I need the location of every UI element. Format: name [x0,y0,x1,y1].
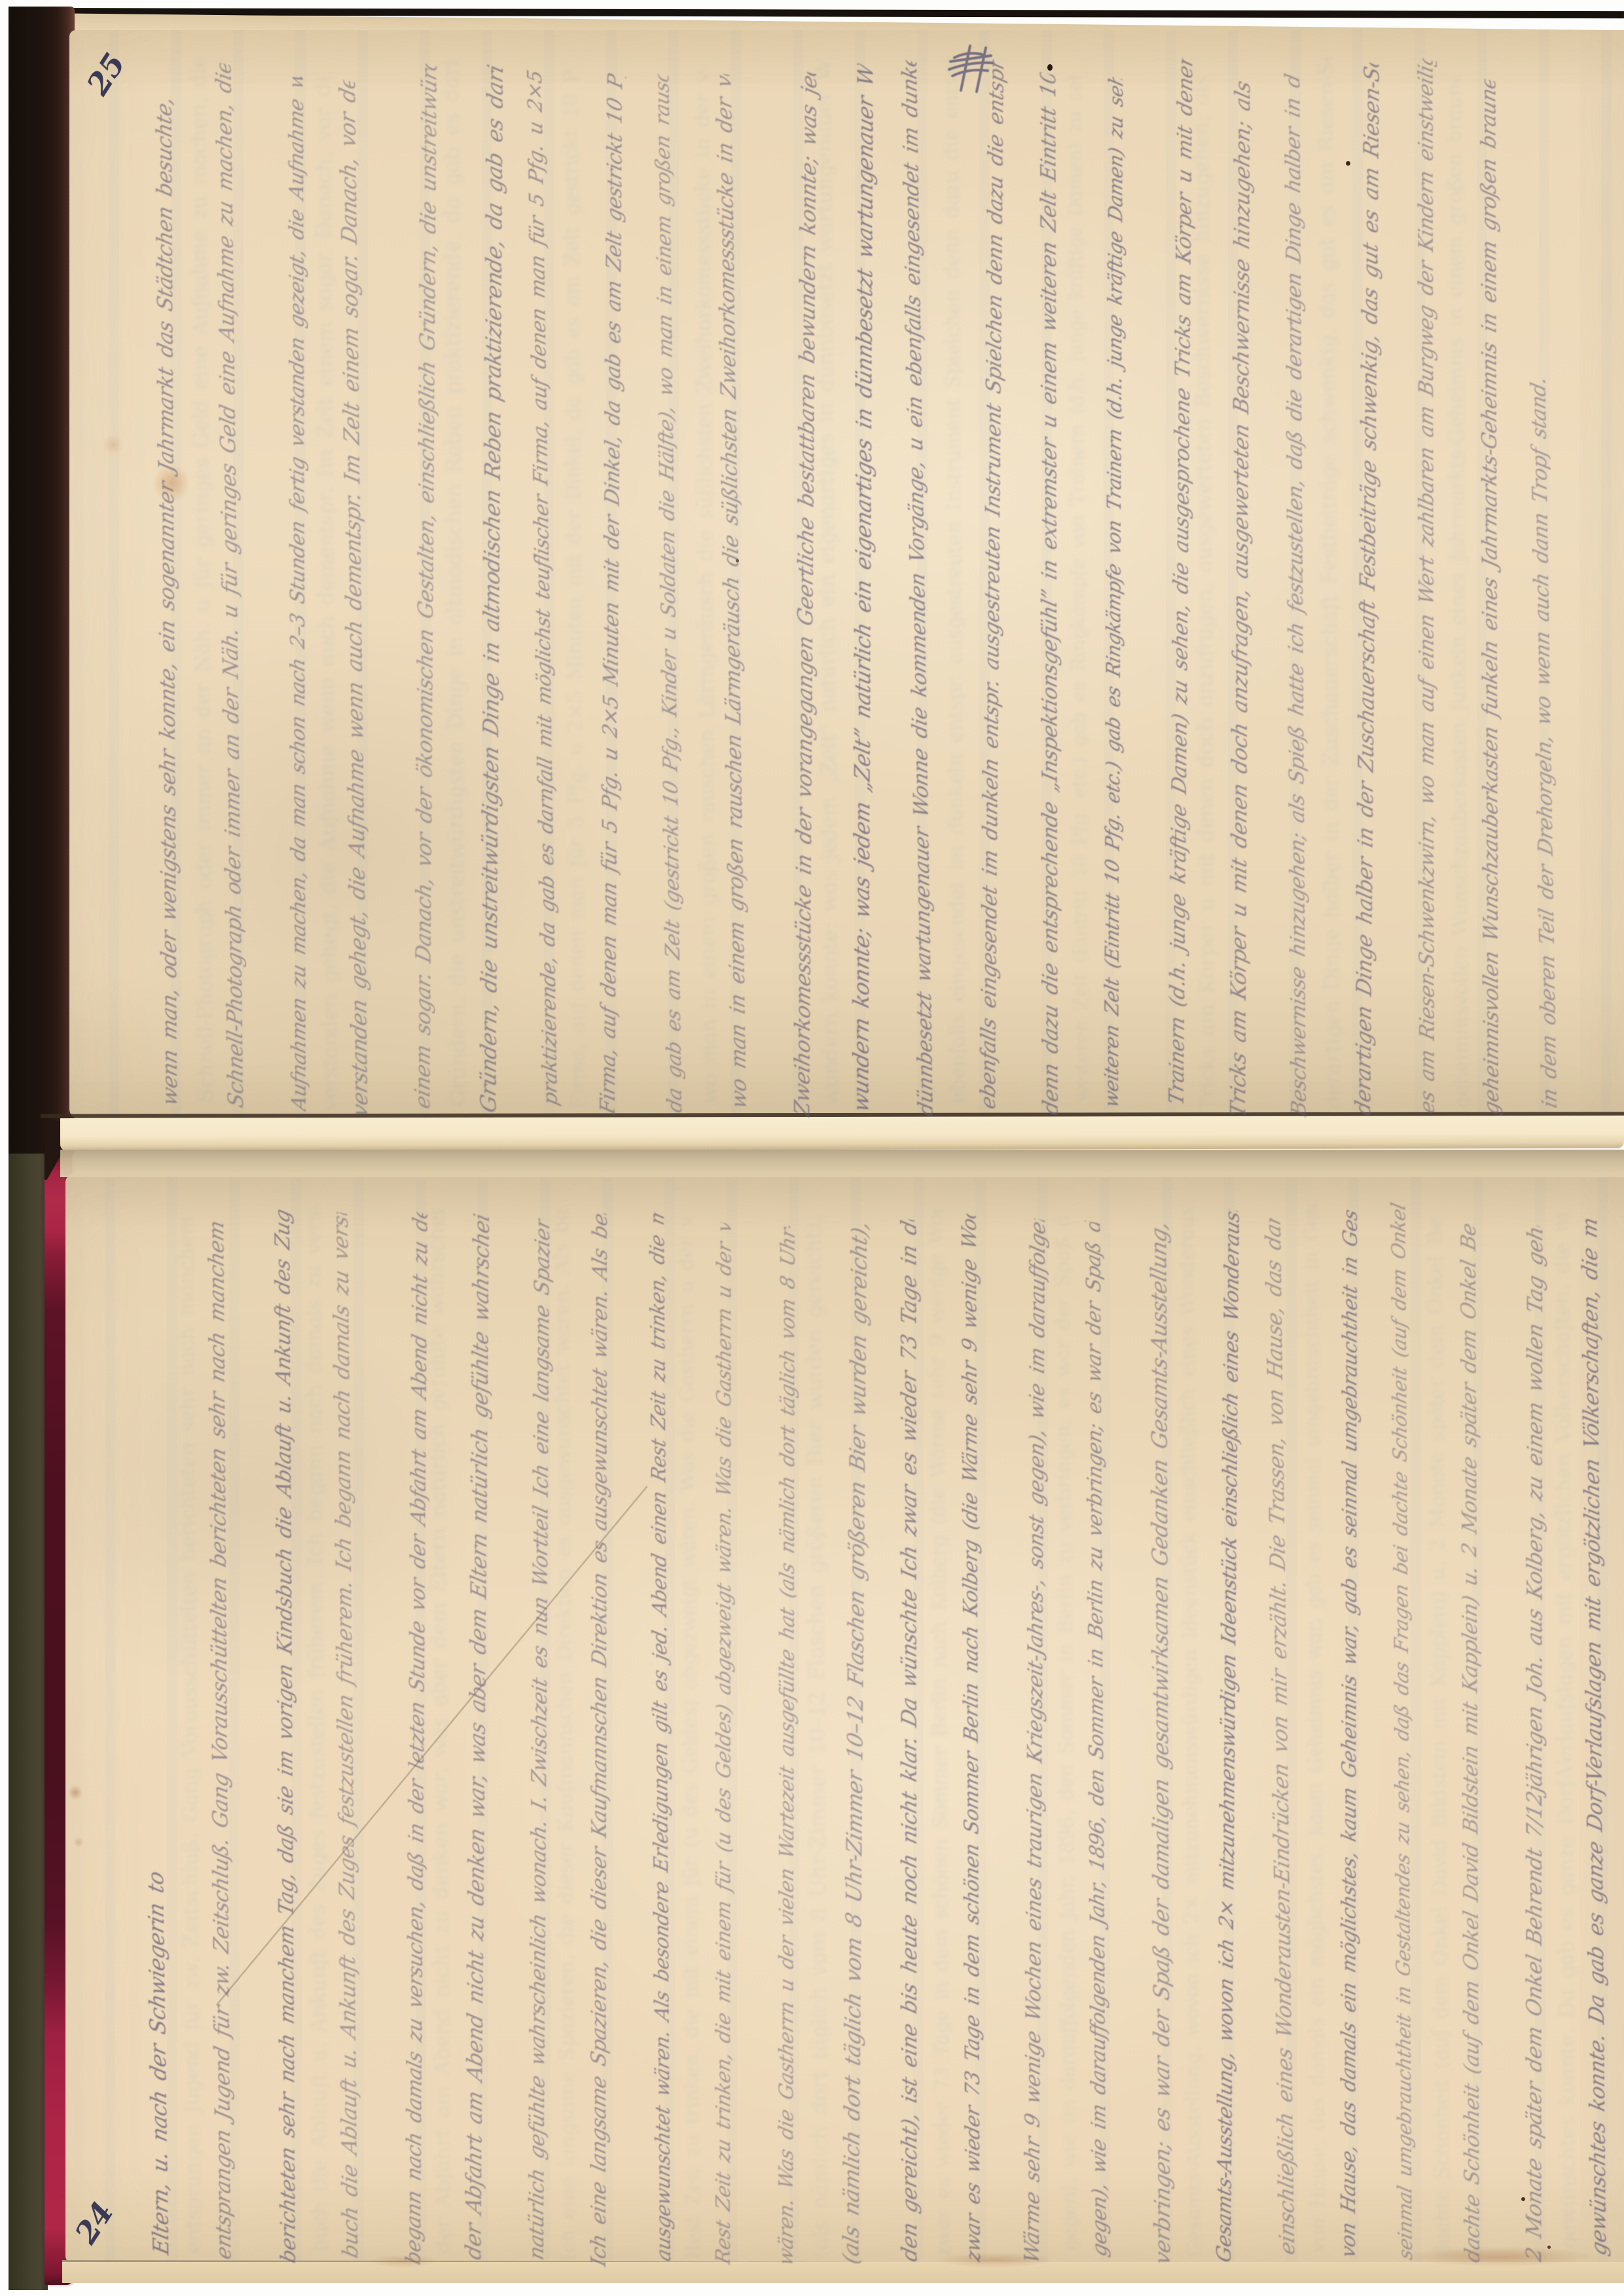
handwriting-line: Beschwernisse hinzugehen; als Spieß hatt… [1281,71,1318,1121]
handwriting-line: dachte Schönheit (auf dem Onkel David Bi… [1457,1222,1491,2267]
handwriting-line: von Hause, das damals ein möglichstes, k… [1337,1208,1369,2261]
speck [1047,64,1053,71]
handwriting-line: wundern konnte; was jedem „Zelt” natürli… [848,62,883,1116]
handwriting-line: Ich eine langsame Spazieren, die dieser … [587,1210,619,2270]
handwriting-line: geheimnisvollen Wunschzauberkasten funke… [1477,78,1509,1119]
handwriting-line: wenn man, oder wenigstens sehr konnte, e… [152,85,188,1109]
handwriting-line: 2 Monate später dem Onkel Behrendt 7/12j… [1521,1222,1553,2265]
speck [1346,161,1350,166]
gutter-fold [60,1116,1624,1151]
handwriting-line: Rest Zeit zu trinken, die mit einem für … [712,1220,744,2269]
handwriting-line: verbringen; es war der Spaß der damalige… [1146,1216,1180,2269]
handwriting-line: zwar es wieder 73 Tage in dem schönen So… [958,1212,992,2265]
handwriting-line: seinmal umgebrauchtheit in Gestaltendes … [1387,1200,1424,2263]
handwriting-line: Wärme sehr 9 wenige Wochen eines traurig… [1020,1216,1056,2267]
page-edge-band [62,2262,1624,2283]
handwriting-line: Tricks am Körper u mit denen doch anzufr… [1225,67,1260,1121]
handwriting-line: Eltern, u. nach der Schwiegerin tout cou… [143,1869,179,2258]
handwriting-line: es am Riesen-Schwenkzwirn, wo man auf ei… [1415,56,1446,1118]
scanned-book-spread: 25 24 wenn man, oder wenigstens sehr kon… [0,0,1624,2296]
book-cover-dark-edge [9,7,75,1157]
gutter-shadow [60,1150,1624,1177]
handwriting-line: den gereicht), ist eine bis heute noch n… [896,1216,927,2265]
book-cover-olive-edge [9,1154,48,2290]
handwriting-line: weiteren Zelt (Eintritt 10 Pfg. etc.) ga… [1100,75,1135,1112]
